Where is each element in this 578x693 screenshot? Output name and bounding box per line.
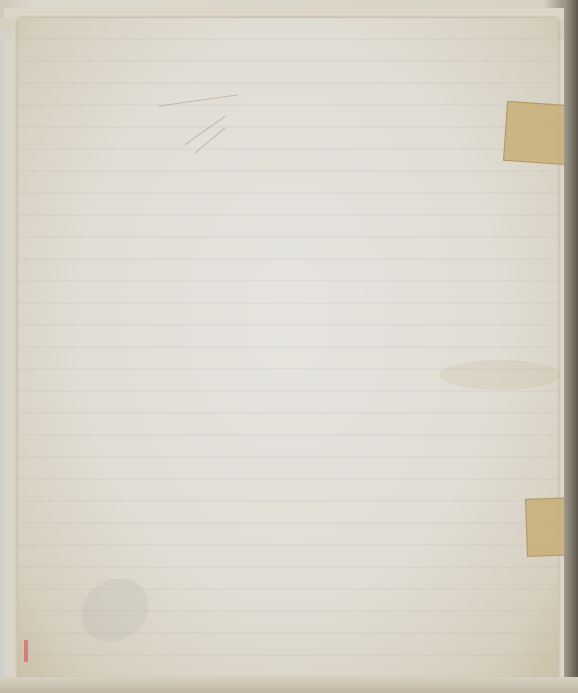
tape-piece-upper bbox=[503, 101, 571, 165]
red-mark bbox=[24, 640, 28, 662]
stain bbox=[440, 360, 560, 390]
binding-edge bbox=[564, 0, 578, 693]
bottom-edge bbox=[0, 677, 578, 693]
